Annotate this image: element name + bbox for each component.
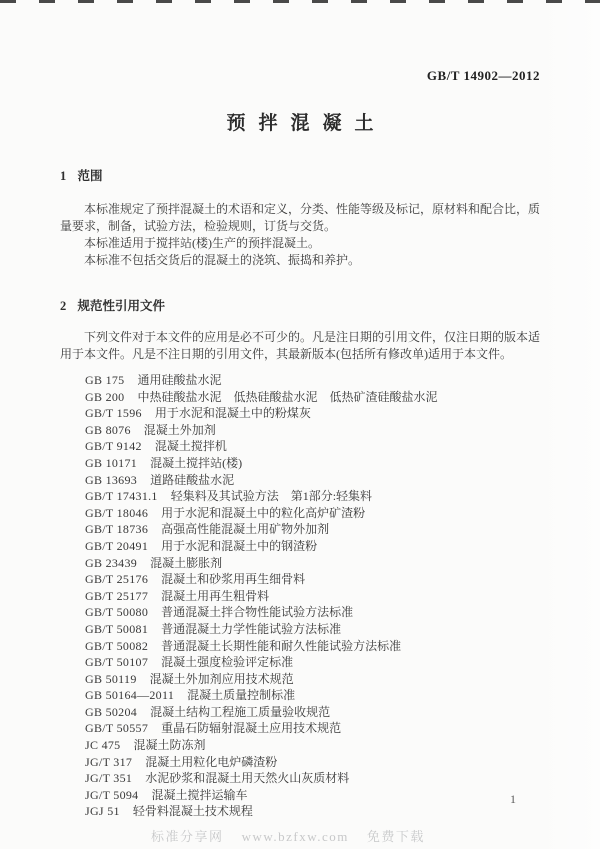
reference-code: GB/T 50082 [85, 638, 148, 655]
watermark-site-name: 标准分享网 [151, 829, 224, 844]
section-scope-body: 本标准规定了预拌混凝土的术语和定义，分类、性能等级及标记，原材料和配合比，质量要… [60, 201, 540, 269]
reference-item: GB 50119混凝土外加剂应用技术规范 [85, 671, 540, 688]
section-scope-title: 范围 [78, 169, 103, 183]
scan-artifact-top-edge [0, 0, 600, 3]
scope-paragraph: 本标准不包括交货后的混凝土的浇筑、振捣和养护。 [60, 252, 540, 269]
watermark-site-url: www.bzfxw.com [242, 829, 349, 844]
reference-title: 混凝土外加剂 [144, 423, 216, 437]
reference-title: 混凝土质量控制标准 [187, 688, 295, 702]
scope-paragraph: 本标准规定了预拌混凝土的术语和定义，分类、性能等级及标记，原材料和配合比，质量要… [60, 201, 540, 235]
reference-code: GB/T 50081 [85, 621, 148, 638]
reference-code: GB/T 25176 [85, 571, 148, 588]
reference-title: 普通混凝土长期性能和耐久性能试验方法标准 [161, 639, 401, 653]
reference-item: GB 23439混凝土膨胀剂 [85, 555, 540, 572]
reference-code: GB/T 9142 [85, 438, 142, 455]
reference-item: GB 13693道路硅酸盐水泥 [85, 472, 540, 489]
reference-code: GB/T 50107 [85, 654, 148, 671]
reference-code: GB 175 [85, 372, 124, 389]
reference-item: GB/T 50557重晶石防辐射混凝土应用技术规范 [85, 720, 540, 737]
reference-code: GB/T 18736 [85, 521, 148, 538]
standard-code: GB/T 14902—2012 [60, 0, 540, 84]
reference-title: 轻集料及其试验方法 第1部分:轻集料 [171, 489, 372, 503]
reference-item: GB 175通用硅酸盐水泥 [85, 372, 540, 389]
reference-code: GB/T 18046 [85, 505, 148, 522]
page-number: 1 [510, 792, 516, 807]
reference-code: GB 50164—2011 [85, 687, 174, 704]
reference-item: GB 200中热硅酸盐水泥 低热硅酸盐水泥 低热矿渣硅酸盐水泥 [85, 389, 540, 406]
reference-code: GB/T 25177 [85, 588, 148, 605]
reference-code: GB/T 50080 [85, 604, 148, 621]
document-page: GB/T 14902—2012 预拌混凝土 1范围 本标准规定了预拌混凝土的术语… [0, 0, 600, 849]
reference-title: 高强高性能混凝土用矿物外加剂 [161, 522, 329, 536]
reference-title: 水泥砂浆和混凝土用天然火山灰质材料 [145, 771, 349, 785]
section-references-title: 规范性引用文件 [78, 299, 166, 313]
reference-title: 普通混凝土拌合物性能试验方法标准 [161, 605, 353, 619]
references-intro: 下列文件对于本文件的应用是必不可少的。凡是注日期的引用文件，仅注日期的版本适用于… [60, 329, 540, 363]
reference-code: GB 8076 [85, 422, 131, 439]
reference-code: GB/T 20491 [85, 538, 148, 555]
reference-title: 用于水泥和混凝土中的钢渣粉 [161, 539, 317, 553]
reference-title: 混凝土搅拌站(楼) [150, 456, 242, 470]
reference-title: 混凝土膨胀剂 [150, 556, 222, 570]
scope-paragraph: 本标准适用于搅拌站(楼)生产的预拌混凝土。 [60, 235, 540, 252]
reference-item: GB 10171混凝土搅拌站(楼) [85, 455, 540, 472]
reference-item: GB/T 9142混凝土搅拌机 [85, 438, 540, 455]
watermark: 标准分享网www.bzfxw.com免费下载 [0, 826, 576, 845]
reference-item: GB/T 20491用于水泥和混凝土中的钢渣粉 [85, 538, 540, 555]
section-scope-number: 1 [60, 169, 66, 183]
reference-code: JG/T 5094 [85, 787, 138, 804]
reference-title: 混凝土外加剂应用技术规范 [150, 672, 294, 686]
reference-item: GB 8076混凝土外加剂 [85, 422, 540, 439]
reference-item: GB/T 50081普通混凝土力学性能试验方法标准 [85, 621, 540, 638]
reference-code: GB 50204 [85, 704, 137, 721]
reference-title: 普通混凝土力学性能试验方法标准 [161, 622, 341, 636]
reference-item: GB/T 25176混凝土和砂浆用再生细骨料 [85, 571, 540, 588]
reference-item: GB/T 18736高强高性能混凝土用矿物外加剂 [85, 521, 540, 538]
reference-title: 通用硅酸盐水泥 [137, 373, 221, 387]
reference-title: 混凝土用再生粗骨料 [161, 589, 269, 603]
reference-item: JC 475混凝土防冻剂 [85, 737, 540, 754]
reference-item: JG/T 5094混凝土搅拌运输车 [85, 787, 540, 804]
watermark-download-text: 免费下载 [367, 829, 425, 844]
reference-title: 混凝土和砂浆用再生细骨料 [161, 572, 305, 586]
reference-code: JG/T 317 [85, 754, 132, 771]
reference-item: GB 50204混凝土结构工程施工质量验收规范 [85, 704, 540, 721]
reference-title: 轻骨料混凝土技术规程 [133, 804, 253, 818]
reference-code: GB 23439 [85, 555, 137, 572]
reference-title: 混凝土搅拌运输车 [151, 788, 247, 802]
reference-code: JG/T 351 [85, 770, 132, 787]
reference-title: 用于水泥和混凝土中的粒化高炉矿渣粉 [161, 506, 365, 520]
reference-title: 重晶石防辐射混凝土应用技术规范 [161, 721, 341, 735]
reference-title: 混凝土搅拌机 [155, 439, 227, 453]
reference-code: JGJ 51 [85, 803, 120, 820]
section-references-heading: 2规范性引用文件 [60, 296, 540, 314]
reference-title: 混凝土用粒化电炉磷渣粉 [145, 755, 277, 769]
section-scope-heading: 1范围 [60, 166, 540, 184]
document-title: 预拌混凝土 [60, 108, 540, 135]
reference-item: JGJ 51轻骨料混凝土技术规程 [85, 803, 540, 820]
reference-title: 中热硅酸盐水泥 低热硅酸盐水泥 低热矿渣硅酸盐水泥 [137, 390, 437, 404]
reference-item: GB/T 25177混凝土用再生粗骨料 [85, 588, 540, 605]
reference-code: GB 50119 [85, 671, 137, 688]
reference-item: GB/T 1596用于水泥和混凝土中的粉煤灰 [85, 405, 540, 422]
references-list: GB 175通用硅酸盐水泥 GB 200中热硅酸盐水泥 低热硅酸盐水泥 低热矿渣… [85, 372, 540, 820]
reference-code: JC 475 [85, 737, 120, 754]
reference-item: GB/T 50080普通混凝土拌合物性能试验方法标准 [85, 604, 540, 621]
section-references-number: 2 [60, 299, 66, 313]
reference-item: GB/T 17431.1轻集料及其试验方法 第1部分:轻集料 [85, 488, 540, 505]
reference-title: 混凝土防冻剂 [133, 738, 205, 752]
reference-item: GB/T 50107混凝土强度检验评定标准 [85, 654, 540, 671]
reference-title: 道路硅酸盐水泥 [150, 473, 234, 487]
reference-code: GB 10171 [85, 455, 137, 472]
reference-item: JG/T 317混凝土用粒化电炉磷渣粉 [85, 754, 540, 771]
reference-item: GB 50164—2011混凝土质量控制标准 [85, 687, 540, 704]
reference-code: GB/T 17431.1 [85, 488, 158, 505]
reference-title: 混凝土结构工程施工质量验收规范 [150, 705, 330, 719]
references-intro-block: 下列文件对于本文件的应用是必不可少的。凡是注日期的引用文件，仅注日期的版本适用于… [60, 329, 540, 363]
reference-code: GB/T 50557 [85, 720, 148, 737]
reference-code: GB 13693 [85, 472, 137, 489]
reference-code: GB/T 1596 [85, 405, 142, 422]
reference-item: JG/T 351水泥砂浆和混凝土用天然火山灰质材料 [85, 770, 540, 787]
reference-item: GB/T 18046用于水泥和混凝土中的粒化高炉矿渣粉 [85, 505, 540, 522]
document-title-text: 预拌混凝土 [226, 113, 386, 134]
reference-item: GB/T 50082普通混凝土长期性能和耐久性能试验方法标准 [85, 638, 540, 655]
reference-title: 用于水泥和混凝土中的粉煤灰 [155, 406, 311, 420]
reference-code: GB 200 [85, 389, 124, 406]
reference-title: 混凝土强度检验评定标准 [161, 655, 293, 669]
